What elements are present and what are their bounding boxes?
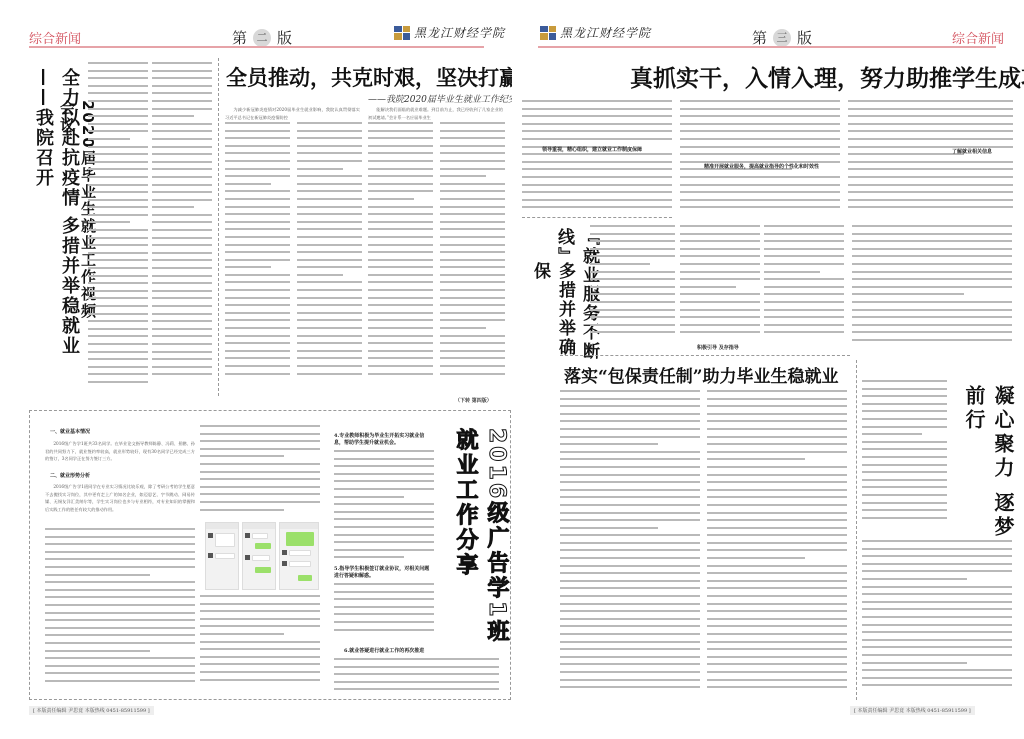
- page-prefix: 第: [752, 27, 767, 48]
- vertical-title-c: 凝心聚力 逐梦前行: [960, 385, 1018, 545]
- section-label: 综合新闻: [29, 28, 81, 47]
- article-column-2: [680, 100, 840, 215]
- logo-text: 黑龙江财经学院: [560, 24, 651, 41]
- page-footer: [ 本版责任编辑 尹思竟 本版热线 0451-85911599 ]: [29, 706, 154, 715]
- vertical-feature-title: 2016级广告学1班就业工作分享: [450, 428, 512, 658]
- lead-paragraph: 为减少新冠肺炎疫情对2020届毕业生就业影响，我院认真贯彻落实习近平总书记在新冠…: [225, 106, 360, 120]
- lower-article-column-2: [707, 390, 847, 700]
- column-divider: [856, 360, 857, 700]
- feature-column-3: [334, 450, 434, 565]
- feature-column-3b: [334, 583, 434, 643]
- chat-screenshot-3: [279, 522, 319, 590]
- chat-screenshot-1: [205, 522, 239, 590]
- college-logo: 黑龙江财经学院: [540, 24, 651, 41]
- article-column-2: [152, 62, 212, 392]
- right-article-column-1: [862, 380, 947, 530]
- section-heading-5: 5.指导学生积极签订就业协议，对相关问题进行答疑和解惑。: [334, 565, 434, 579]
- feature-column-2: [200, 425, 320, 515]
- side-article-column-3: [764, 225, 844, 340]
- side-article-column-4: [852, 225, 1012, 350]
- article-column-5: [368, 122, 433, 392]
- logo-icon: [540, 26, 556, 40]
- chat-screenshot-2: [242, 522, 276, 590]
- continued-note: （下转 第四版）: [455, 397, 492, 404]
- logo-icon: [394, 26, 410, 40]
- page-footer: [ 本版责任编辑 尹思竟 本版热线 0451-85911599 ]: [850, 706, 975, 715]
- logo-text: 黑龙江财经学院: [414, 24, 505, 41]
- section-heading-6: 6.就业答疑进行就业工作的再次推进: [344, 647, 424, 654]
- vertical-title-b: 多措并举确保: [528, 262, 578, 362]
- page-suffix: 版: [277, 27, 292, 48]
- section-heading-1: 一、就业基本情况: [50, 428, 90, 435]
- headline: 真抓实干，入情入理，努力助推学生成功就业: [630, 60, 1024, 93]
- side-article-column-2: [680, 225, 760, 340]
- article-column-3: [848, 100, 1013, 215]
- page-number-circle: 二: [253, 29, 271, 47]
- subhead-3: 了解就业相关信息: [952, 148, 992, 155]
- headline-2: 落实“包保责任制”助力毕业生稳就业: [564, 362, 839, 387]
- subhead-4: 积极引导 及存指导: [697, 344, 739, 351]
- lower-article-column-1: [560, 390, 700, 700]
- header-rule: [29, 46, 484, 48]
- college-logo: 黑龙江财经学院: [394, 24, 505, 41]
- section-divider: [560, 355, 850, 356]
- section-body-2: 2016级广告学1班同学在专业实习情况比较乐观，除了考研公考的学生愿意不去搬找实…: [45, 483, 195, 527]
- page-three: 黑龙江财经学院 第 三 版 综合新闻 真抓实干，入情入理，努力助推学生成功就业 …: [512, 0, 1024, 739]
- article-column-3: [225, 122, 290, 392]
- right-article-column-2: [862, 540, 1012, 700]
- lead-text-2: 能解决我们面临的就业难题。到目前为止，我已经收到了几家企业的初试邀请。”会计系一…: [368, 106, 503, 120]
- subheadline: ——我院2020届毕业生就业工作纪实: [368, 92, 517, 105]
- page-number: 第 三 版: [752, 27, 812, 48]
- article-column-4: [297, 122, 362, 392]
- feature-column-1: [45, 528, 195, 688]
- section-heading-4: 4.专业教师积极为毕业生开拓实习就业信息，帮助学生提升就业机会。: [334, 432, 434, 446]
- section-body-1-text: 2016级广告学1班共33名同学。在毕业论文指导教师陈静、冯莉、景鹏、孙君的共同…: [45, 440, 195, 463]
- section-label: 综合新闻: [952, 28, 1004, 47]
- side-article-column: [590, 225, 675, 340]
- page-number: 第 二 版: [232, 27, 292, 48]
- section-body-2-text: 2016级广告学1班同学在专业实习情况比较乐观，除了考研公考的学生愿意不去搬找实…: [45, 483, 195, 513]
- article-column-1: [88, 62, 148, 392]
- section-heading-2: 二、就业形势分析: [50, 472, 90, 479]
- page-prefix: 第: [232, 27, 247, 48]
- subhead-2: 精准开展就业服务，提高就业指导的个性化和时效性: [704, 163, 819, 170]
- header-rule: [538, 46, 996, 48]
- page-number-circle: 三: [773, 29, 791, 47]
- column-divider: [218, 58, 219, 396]
- section-divider: [522, 217, 672, 218]
- article-column-1: [522, 100, 672, 215]
- page-suffix: 版: [797, 27, 812, 48]
- subhead-1: 领导重视，精心组织，建立就业工作制度保障: [542, 146, 642, 153]
- feature-column-2b: [200, 595, 320, 695]
- lead-paragraph-2: 能解决我们面临的就业难题。到目前为止，我已经收到了几家企业的初试邀请。”会计系一…: [368, 106, 503, 120]
- page-two: 综合新闻 第 二 版 黑龙江财经学院 全力以赴抗疫情 多措并举稳就业——我院召开…: [0, 0, 512, 739]
- feature-column-3c: [334, 658, 499, 696]
- lead-text: 为减少新冠肺炎疫情对2020届毕业生就业影响，我院认真贯彻落实习近平总书记在新冠…: [225, 106, 360, 120]
- article-column-6: [440, 122, 505, 392]
